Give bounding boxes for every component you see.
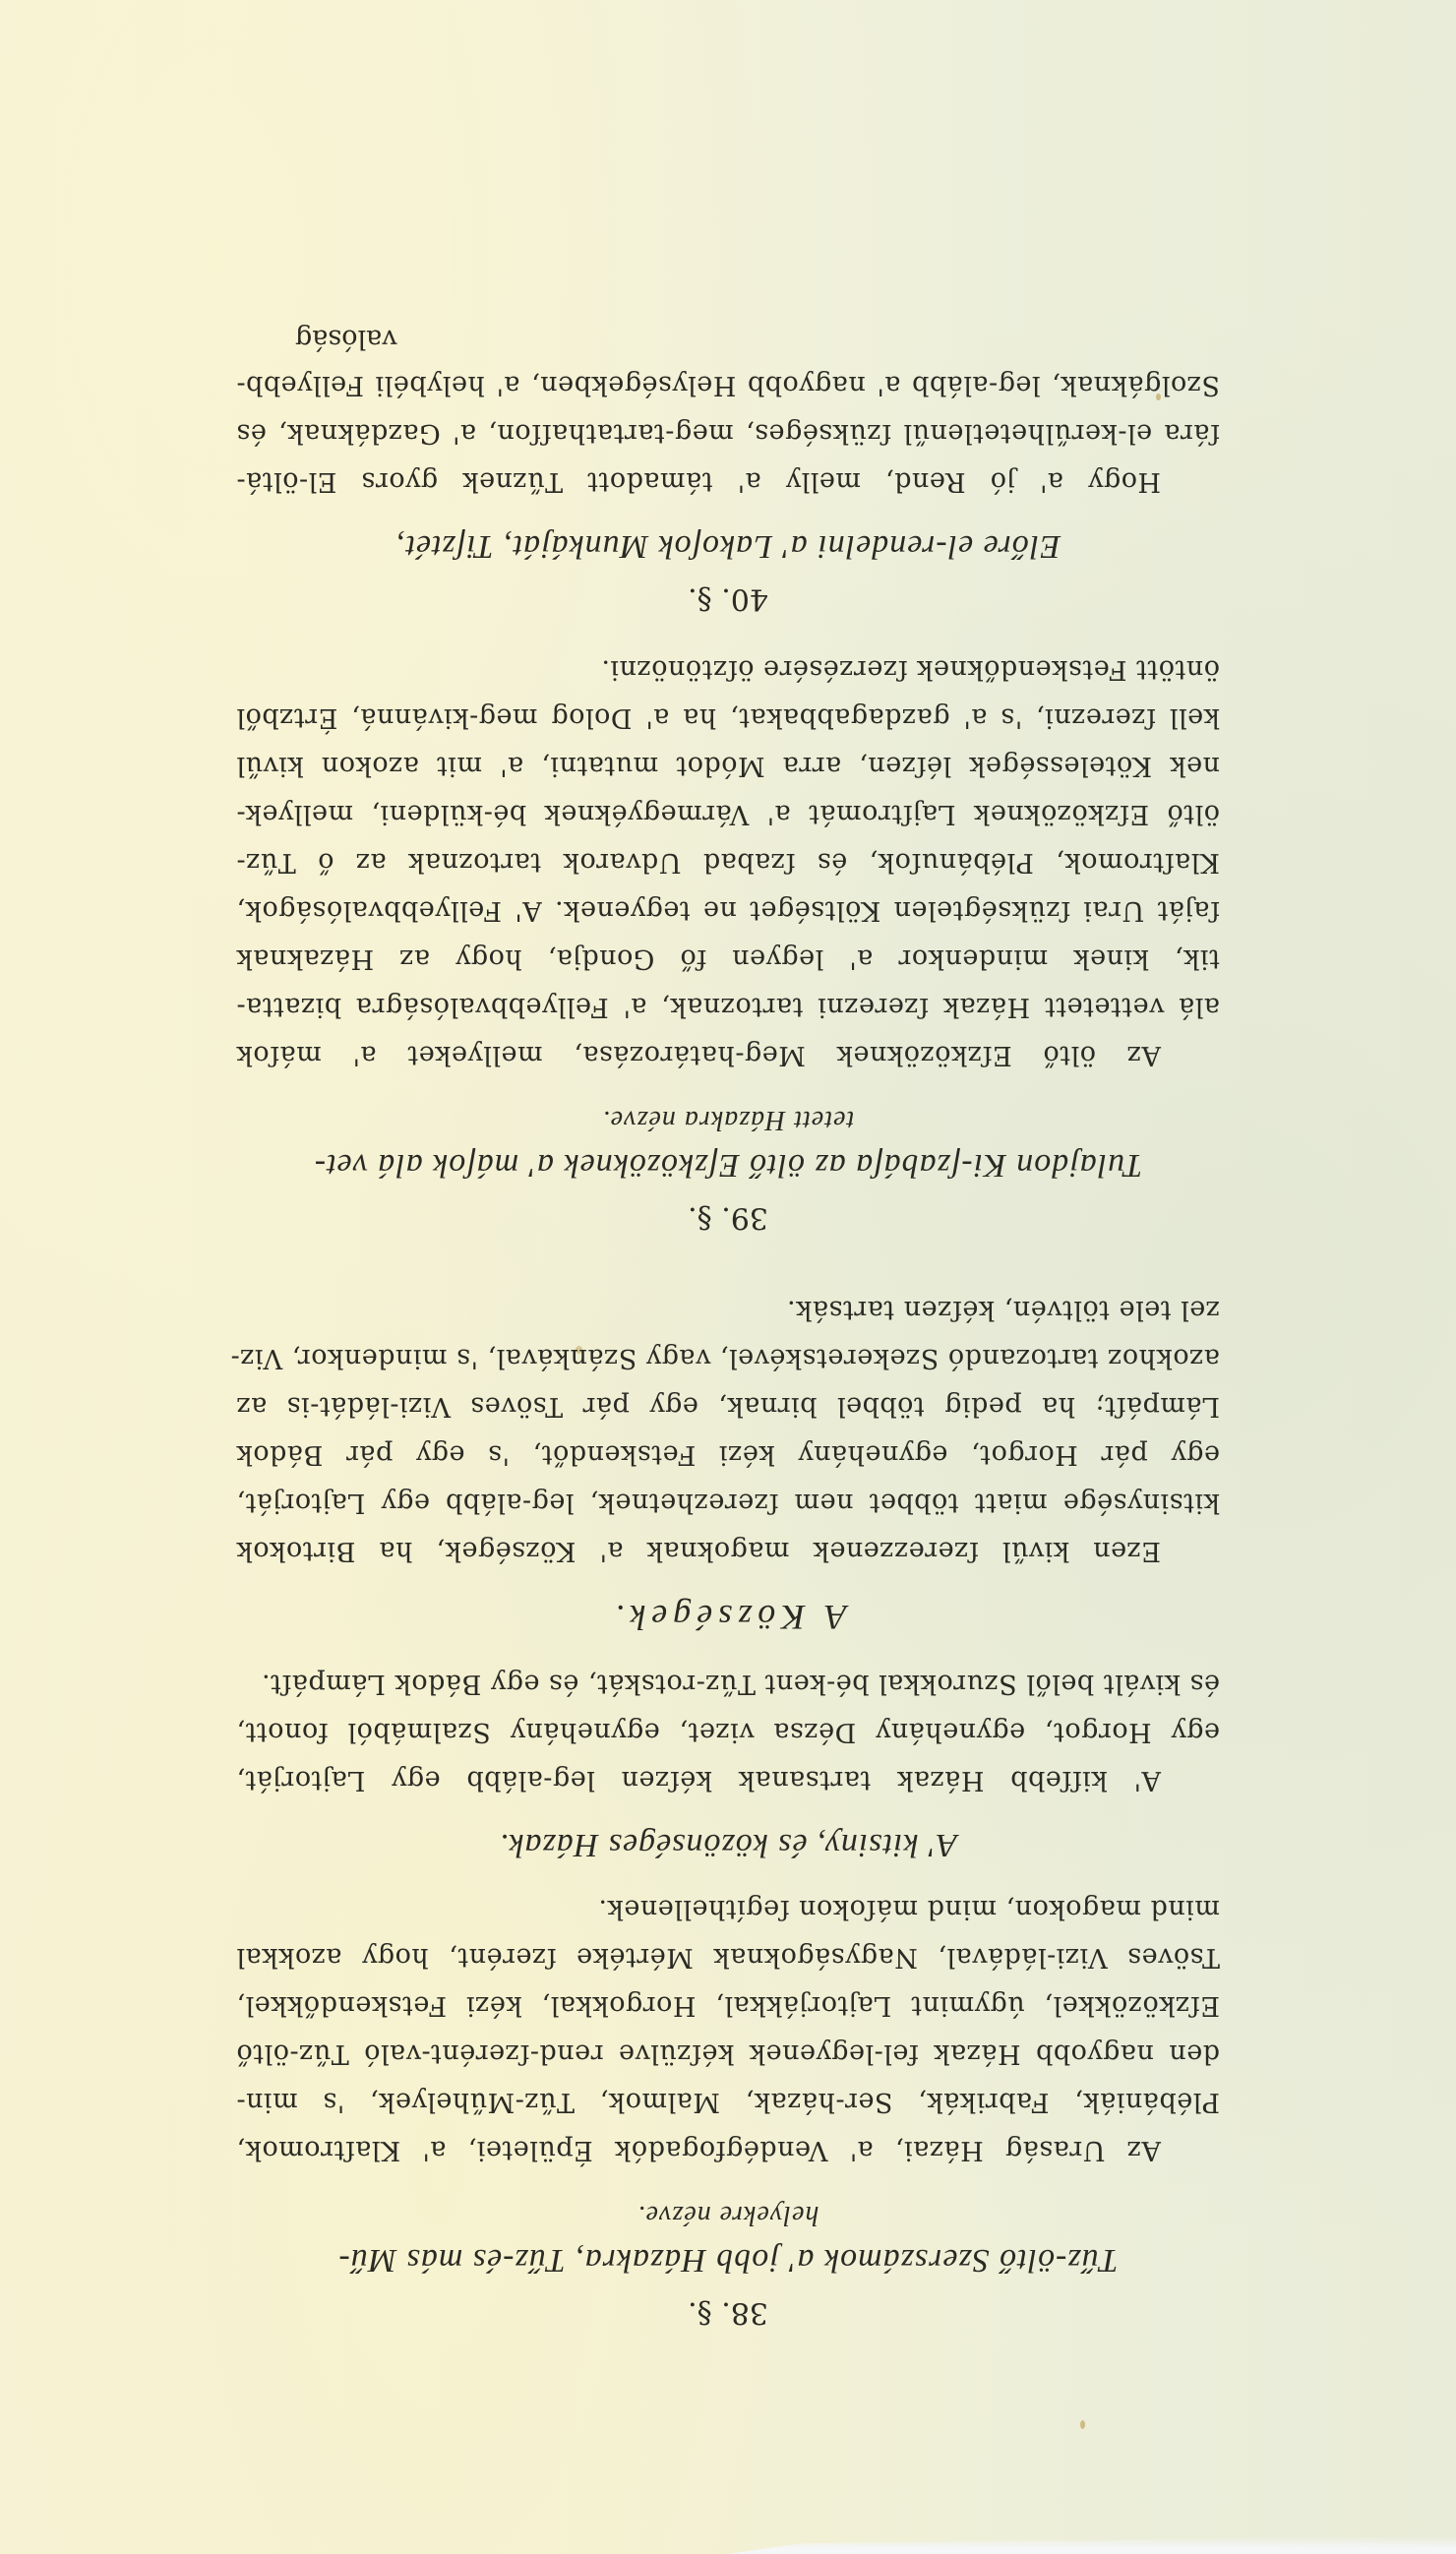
section-heading: Tűz-öltő Szerszámok a' jobb Házakra, Tűz… (256, 2192, 1200, 2282)
catchword: valóság (236, 316, 1220, 361)
text-line: Az Uraság Házai, a' Vendégfogadók Épület… (236, 2126, 1220, 2174)
scanned-page: 38. §. Tűz-öltő Szerszámok a' jobb Házak… (0, 0, 1456, 2554)
text-line: Hogy a' jó Rend, melly a' támadott Tűzne… (236, 457, 1220, 506)
text-line: öntött Fetskendőknek ſzerzésére öſztönöz… (236, 645, 1220, 694)
paragraph: Hogy a' jó Rend, melly a' támadott Tűzne… (236, 361, 1220, 506)
text-line: és kivált belől Szurokkal bé-kent Tűz-ro… (236, 1660, 1220, 1708)
text-line: A' kiſſebb Házak tartsanak kéſzen leg-al… (236, 1756, 1220, 1804)
section-number: 38. §. (236, 2282, 1220, 2341)
paragraph: Az öltő Eſzközöknek Meg-határozása, mell… (236, 645, 1220, 1079)
subsection-heading: A' kitsiny, és közönséges Házak. (256, 1822, 1200, 1867)
text-line: egy Horgot, egynehány Dézsa vizet, egyne… (236, 1708, 1220, 1756)
section-heading-line: tetett Házakra nézve. (256, 1097, 1200, 1142)
text-line: kitsinysége miatt többet nem ſzerezhetne… (236, 1479, 1220, 1527)
text-line: ſaját Urai ſzükségtelen Költséget ne teg… (236, 886, 1220, 935)
section-heading-line: Tulajdon Ki-ſzabáſa az öltő Eſzközöknek … (314, 1147, 1142, 1184)
text-line: öltő Eſzközöknek Lajſtromát a' Vármegyék… (236, 790, 1220, 838)
text-line: Az öltő Eſzközöknek Meg-határozása, mell… (236, 1031, 1220, 1079)
text-line: alá vettetett Házak ſzerezni tartoznak, … (236, 983, 1220, 1031)
text-line: Szolgáknak, leg-alább a' nagyobb Helység… (236, 361, 1220, 409)
subsection-heading: A Községek. (236, 1583, 1220, 1652)
text-line: kell ſzerezni, 's a' gazdagabbakat, ha a… (236, 694, 1220, 742)
text-line: Plébániák, Fabrikák, Ser-házak, Malmok, … (236, 2078, 1220, 2126)
text-line: egy pár Horgot, egynehány kézi Fetskendő… (236, 1430, 1220, 1479)
text-line: Eſzközökkel, úgymint Lajtorjákkal, Horgo… (236, 1981, 1220, 2030)
section-heading-line: Tűz-öltő Szerszámok a' jobb Házakra, Tűz… (337, 2242, 1118, 2279)
section-number: 39. §. (236, 1187, 1220, 1247)
text-line: azokhoz tartozandó Szekeretskével, vagy … (236, 1334, 1220, 1382)
text-block-rotated: 38. §. Tűz-öltő Szerszámok a' jobb Házak… (236, 256, 1220, 2341)
text-line: den nagyobb Házak fel-legyenek kéſzülve … (236, 2030, 1220, 2078)
text-line: mind magokon, mind máſokon ſegíthellenek… (236, 1885, 1220, 1933)
text-line: ſára el-kerűlhetetlenűl ſzükséges, meg-t… (236, 409, 1220, 457)
paragraph: Az Uraság Házai, a' Vendégfogadók Épület… (236, 1885, 1220, 2174)
paragraph: Ezen kivűl ſzerezzenek magoknak a' Közsé… (236, 1286, 1220, 1575)
paragraph: A' kiſſebb Házak tartsanak kéſzen leg-al… (236, 1660, 1220, 1804)
text-line: Tsöves Vizi-ládával, Nagyságoknak Mérték… (236, 1933, 1220, 1981)
text-line: zel tele töltvén, kéſzen tartsák. (236, 1286, 1220, 1334)
paper-speck (1080, 2420, 1085, 2429)
section-heading-line: helyekre nézve. (256, 2192, 1200, 2237)
text-line: Lámpáſt; ha pedig többel birnak, egy pár… (236, 1382, 1220, 1430)
text-line: Klaſtromok, Plébánuſok, és ſzabad Udvaro… (236, 838, 1220, 886)
section-heading: Előre el-rendelni a' Lakoſok Munkáját, T… (256, 523, 1200, 569)
text-line: nek Kötelességek léſzen, arra Módot muta… (236, 742, 1220, 790)
section-number: 40. §. (236, 569, 1220, 628)
text-line: tik, kinek mindenkor a' legyen fő Gondja… (236, 935, 1220, 983)
section-heading: Tulajdon Ki-ſzabáſa az öltő Eſzközöknek … (256, 1097, 1200, 1187)
text-line: Ezen kivűl ſzerezzenek magoknak a' Közsé… (236, 1527, 1220, 1575)
